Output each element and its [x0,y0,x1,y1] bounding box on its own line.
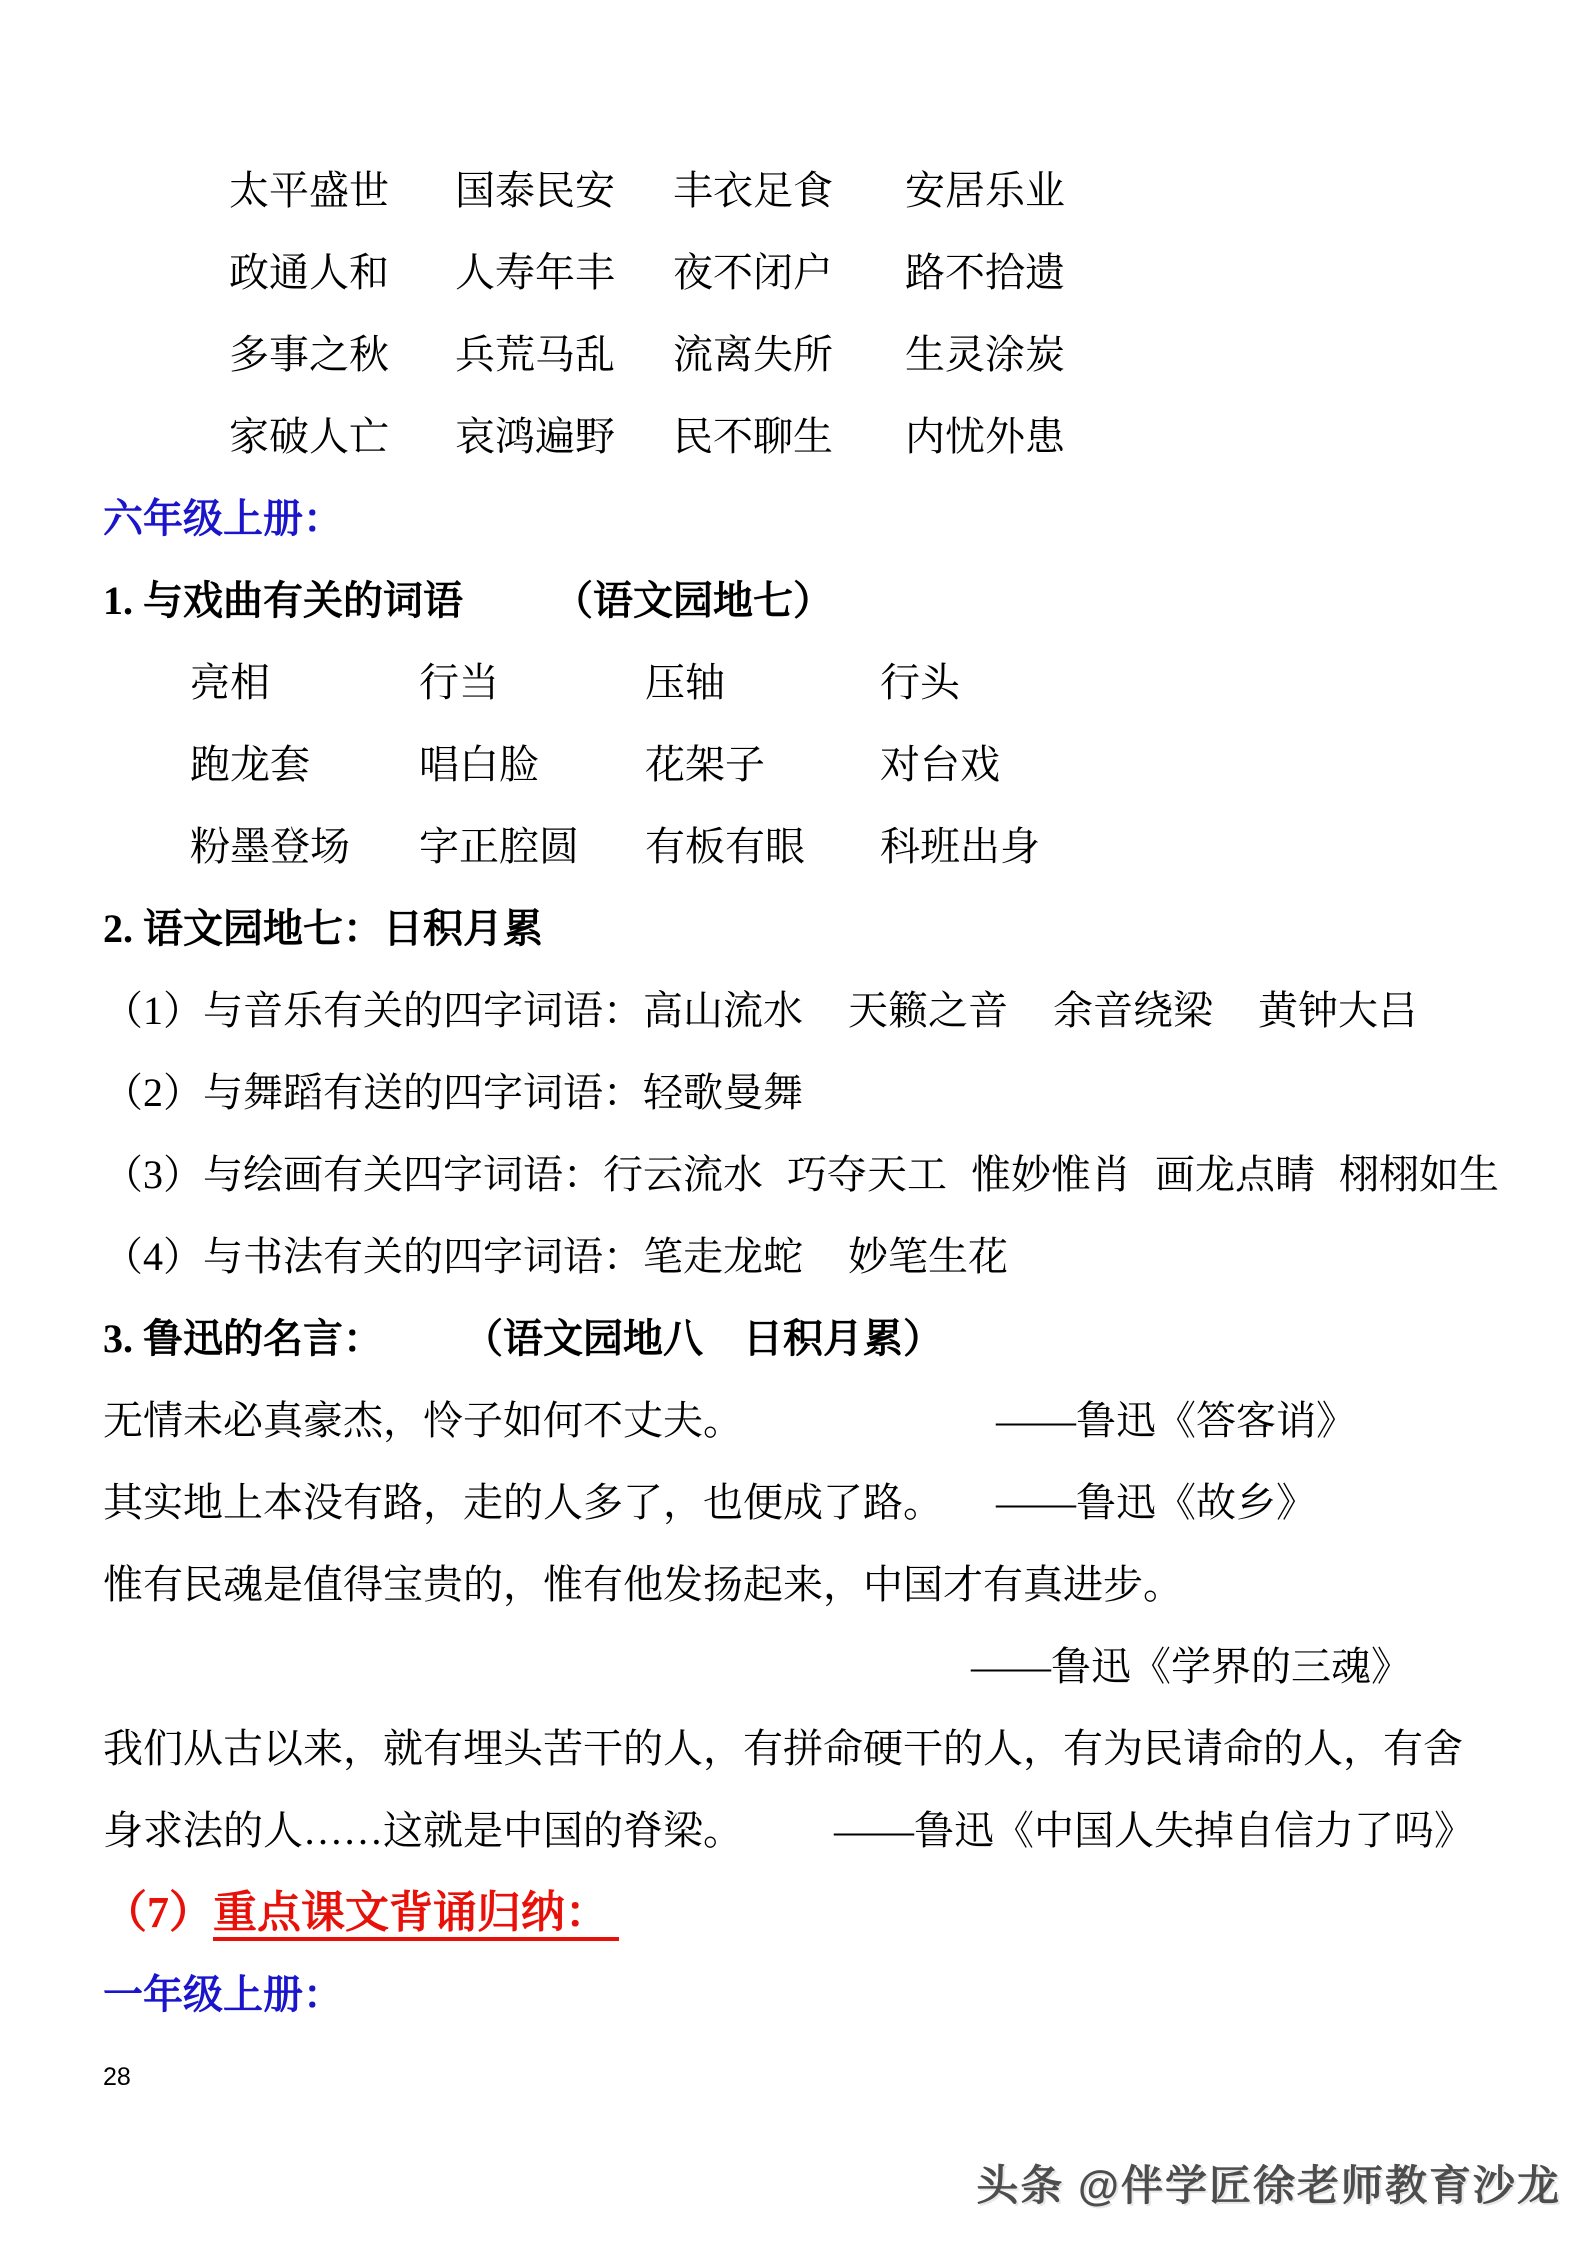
word: 余音绕梁 [1053,970,1213,1052]
opera-word-table: 亮相 行当 压轴 行头 跑龙套 唱白脸 花架子 对台戏 粉墨登场 字正腔圆 有板… [103,642,1527,888]
section1-title: 1. 与戏曲有关的词语（语文园地七） [103,560,1527,642]
idiom: 太平盛世 [229,150,455,232]
section7-prefix: （7） [103,1888,213,1937]
idiom-row: 家破人亡 哀鸿遍野 民不聊生 内忧外患 [229,396,1527,478]
quote-1: 无情未必真豪杰，怜子如何不丈夫。 ——鲁迅《答客诮》 [103,1380,1527,1462]
section3-title-note: （语文园地八 日积月累） [483,1316,943,1361]
word: 跑龙套 [190,724,419,806]
word: 轻歌曼舞 [643,1052,803,1134]
quote-text: 身求法的人……这就是中国的脊梁。 [103,1808,743,1853]
word: 对台戏 [880,724,1527,806]
section2-item-2: （2）与舞蹈有送的四字词语：轻歌曼舞 [103,1052,1527,1134]
word: 天籁之音 [848,970,1008,1052]
section2-item-1: （1）与音乐有关的四字词语：高山流水天籁之音余音绕梁黄钟大吕 [103,970,1527,1052]
idiom-row: 太平盛世 国泰民安 丰衣足食 安居乐业 [229,150,1527,232]
quote-text: 我们从古以来，就有埋头苦干的人，有拼命硬干的人，有为民请命的人，有舍 [103,1726,1463,1771]
idiom: 人寿年丰 [455,232,673,314]
word: 妙笔生花 [848,1216,1008,1298]
section2-title: 2. 语文园地七：日积月累 [103,888,1527,970]
word: 亮相 [190,642,419,724]
word: 行云流水 [603,1134,763,1216]
quote-3: 惟有民魂是值得宝贵的，惟有他发扬起来，中国才有真进步。 [103,1544,1527,1626]
quote-4-line-2: 身求法的人……这就是中国的脊梁。 ——鲁迅《中国人失掉自信力了吗》 [103,1790,1527,1872]
watermark: 头条 @伴学匠徐老师教育沙龙 [976,2153,1561,2213]
quote-4-line-1: 我们从古以来，就有埋头苦干的人，有拼命硬干的人，有为民请命的人，有舍 [103,1708,1527,1790]
quote-text: 惟有民魂是值得宝贵的，惟有他发扬起来，中国才有真进步。 [103,1562,1183,1607]
section7-heading: （7）重点课文背诵归纳： [103,1872,1527,1954]
word: 行当 [419,642,645,724]
word-row: 跑龙套 唱白脸 花架子 对台戏 [190,724,1527,806]
item-label: （3）与绘画有关四字词语： [103,1152,603,1197]
word: 栩栩如生 [1339,1134,1499,1216]
idiom: 丰衣足食 [673,150,905,232]
section1-title-text: 1. 与戏曲有关的词语 [103,578,463,623]
idiom-row: 政通人和 人寿年丰 夜不闭户 路不拾遗 [229,232,1527,314]
word: 有板有眼 [645,806,880,888]
idiom: 流离失所 [673,314,905,396]
grade6-heading: 六年级上册： [103,478,1527,560]
idiom: 多事之秋 [229,314,455,396]
quote-source: ——鲁迅《学界的三魂》 [971,1644,1411,1689]
section3-title-text: 3. 鲁迅的名言： [103,1316,383,1361]
item-label: （1）与音乐有关的四字词语： [103,988,643,1033]
word: 唱白脸 [419,724,645,806]
word: 惟妙惟肖 [971,1134,1131,1216]
section2-item-4: （4）与书法有关的四字词语：笔走龙蛇妙笔生花 [103,1216,1527,1298]
word: 粉墨登场 [190,806,419,888]
page-number: 28 [103,2036,1527,2118]
word-row: 亮相 行当 压轴 行头 [190,642,1527,724]
idiom: 夜不闭户 [673,232,905,314]
idiom: 兵荒马乱 [455,314,673,396]
quote-source: ——鲁迅《中国人失掉自信力了吗》 [834,1790,1474,1872]
quote-2: 其实地上本没有路，走的人多了，也便成了路。 ——鲁迅《故乡》 [103,1462,1527,1544]
section7-title: 重点课文背诵归纳： [213,1888,619,1941]
item-label: （4）与书法有关的四字词语： [103,1234,643,1279]
word: 花架子 [645,724,880,806]
word: 科班出身 [880,806,1527,888]
section1-title-note: （语文园地七） [553,578,833,623]
quote-3-source-line: ——鲁迅《学界的三魂》 [103,1626,1527,1708]
idiom: 内忧外患 [905,396,1527,478]
word: 黄钟大吕 [1258,970,1418,1052]
word: 字正腔圆 [419,806,645,888]
quote-text: 无情未必真豪杰，怜子如何不丈夫。 [103,1398,743,1443]
word: 高山流水 [643,970,803,1052]
word: 画龙点睛 [1155,1134,1315,1216]
idiom: 政通人和 [229,232,455,314]
section2-item-3: （3）与绘画有关四字词语：行云流水巧夺天工惟妙惟肖画龙点睛栩栩如生 [103,1134,1527,1216]
idiom-table: 太平盛世 国泰民安 丰衣足食 安居乐业 政通人和 人寿年丰 夜不闭户 路不拾遗 … [103,150,1527,478]
section3-title: 3. 鲁迅的名言：（语文园地八 日积月累） [103,1298,1527,1380]
idiom: 生灵涂炭 [905,314,1527,396]
idiom: 路不拾遗 [905,232,1527,314]
quote-text: 其实地上本没有路，走的人多了，也便成了路。 [103,1480,943,1525]
word-row: 粉墨登场 字正腔圆 有板有眼 科班出身 [190,806,1527,888]
word: 压轴 [645,642,880,724]
quote-source: ——鲁迅《答客诮》 [996,1380,1356,1462]
idiom: 哀鸿遍野 [455,396,673,478]
idiom: 家破人亡 [229,396,455,478]
word: 笔走龙蛇 [643,1216,803,1298]
idiom: 安居乐业 [905,150,1527,232]
idiom-row: 多事之秋 兵荒马乱 流离失所 生灵涂炭 [229,314,1527,396]
item-label: （2）与舞蹈有送的四字词语： [103,1070,643,1115]
document-page: 太平盛世 国泰民安 丰衣足食 安居乐业 政通人和 人寿年丰 夜不闭户 路不拾遗 … [0,0,1587,2245]
idiom: 国泰民安 [455,150,673,232]
quote-source: ——鲁迅《故乡》 [996,1462,1316,1544]
idiom: 民不聊生 [673,396,905,478]
word: 行头 [880,642,1527,724]
grade1-heading: 一年级上册： [103,1954,1527,2036]
word: 巧夺天工 [787,1134,947,1216]
